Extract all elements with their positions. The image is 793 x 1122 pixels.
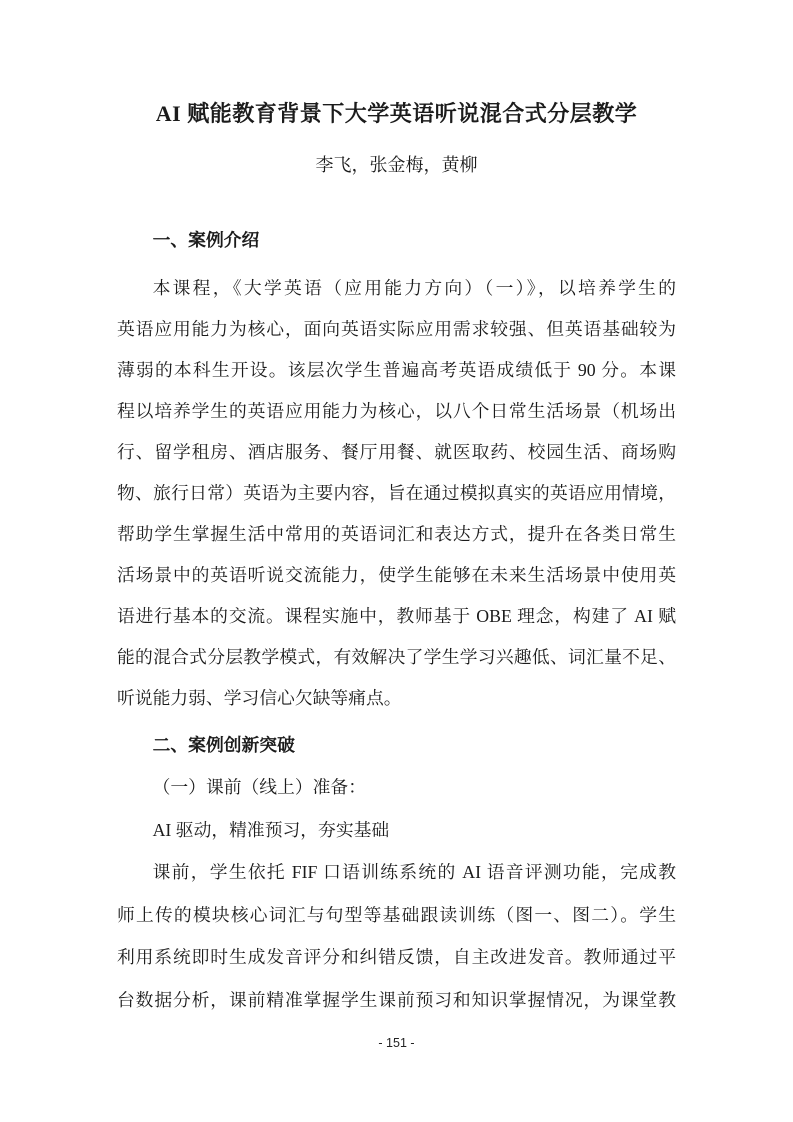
- document-title: AI 赋能教育背景下大学英语听说混合式分层教学: [117, 98, 676, 130]
- text-line: 能的混合式分层教学模式，有效解决了学生学习兴趣低、词汇量不足、: [117, 637, 676, 678]
- section-2-heading: 二、案例创新突破: [117, 725, 676, 766]
- text-line: 课前，学生依托 FIF 口语训练系统的 AI 语音评测功能，完成教: [117, 851, 676, 894]
- text-line: 程以培养学生的英语应用能力为核心，以八个日常生活场景（机场出: [117, 391, 676, 432]
- section-1-paragraph: 本课程，《大学英语（应用能力方向）（一）》，以培养学生的英语应用能力为核心，面向…: [117, 268, 676, 719]
- text-line: 英语应用能力为核心，面向英语实际应用需求较强、但英语基础较为: [117, 309, 676, 350]
- text-line: 语进行基本的交流。课程实施中，教师基于 OBE 理念，构建了 AI 赋: [117, 596, 676, 637]
- text-line: 薄弱的本科生开设。该层次学生普遍高考英语成绩低于 90 分。本课: [117, 350, 676, 391]
- document-page: AI 赋能教育背景下大学英语听说混合式分层教学 李飞，张金梅，黄柳 一、案例介绍…: [0, 0, 793, 1122]
- text-line: 行、留学租房、酒店服务、餐厅用餐、就医取药、校园生活、商场购: [117, 432, 676, 473]
- text-line: 师上传的模块核心词汇与句型等基础跟读训练（图一、图二）。学生: [117, 894, 676, 937]
- section-2-paragraph: 课前，学生依托 FIF 口语训练系统的 AI 语音评测功能，完成教师上传的模块核…: [117, 851, 676, 1021]
- section-1-heading: 一、案例介绍: [117, 220, 676, 261]
- page-number: - 151 -: [117, 1035, 676, 1051]
- text-line: 物、旅行日常）英语为主要内容，旨在通过模拟真实的英语应用情境，: [117, 473, 676, 514]
- text-line: 利用系统即时生成发音评分和纠错反馈，自主改进发音。教师通过平: [117, 936, 676, 979]
- subsection-1-heading: （一）课前（线上）准备：: [117, 766, 676, 809]
- subsection-1-summary: AI 驱动，精准预习，夯实基础: [117, 809, 676, 852]
- text-line: 活场景中的英语听说交流能力，使学生能够在未来生活场景中使用英: [117, 555, 676, 596]
- text-line: 台数据分析，课前精准掌握学生课前预习和知识掌握情况，为课堂教: [117, 979, 676, 1022]
- document-authors: 李飞，张金梅，黄柳: [117, 150, 676, 180]
- text-line: 本课程，《大学英语（应用能力方向）（一）》，以培养学生的: [117, 268, 676, 309]
- text-line: 听说能力弱、学习信心欠缺等痛点。: [117, 678, 676, 719]
- text-line: 帮助学生掌握生活中常用的英语词汇和表达方式，提升在各类日常生: [117, 514, 676, 555]
